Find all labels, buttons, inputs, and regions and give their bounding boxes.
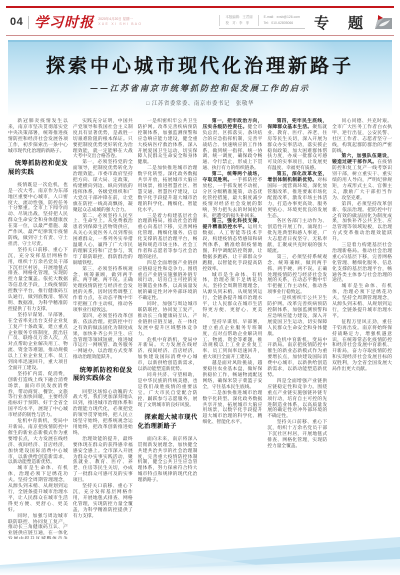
header-info: 本版编辑：王君丽 校 对：李 菲 E-mail：xxsb@126.com Tel… xyxy=(219,15,305,30)
body-paragraph: 二是加快推进城市治理数字化转型。深化政务数据共享开放，拓展城市大脑应用场景，以数… xyxy=(202,390,262,425)
body-paragraph: 危机中育新机，变局中开新局。南京把疫情防控中催生的新业态新模式作为重要增长点，大… xyxy=(8,418,68,465)
top-red-rule xyxy=(6,6,394,8)
paragraph-lead: 第一，把牢政治方向，压实各级防控责任。 xyxy=(202,118,262,129)
body-paragraph: 第二，统筹两个战场，夺取双胜利。一手抓防控不放松，一手抓发展不动摇，分区分级精准… xyxy=(202,171,262,218)
body-paragraph: 实践充分证明，中国共产党领导和我国社会主义制度具有显著优势，是战胜一切艰难险阻的… xyxy=(73,118,133,159)
newspaper-page: 04 学习时报 2020年4月20日 星期一 XUE XI SHI BAO 本版… xyxy=(0,0,400,575)
header-right: 本版编辑：王君丽 校 对：李 菲 E-mail：xxsb@126.com Tel… xyxy=(219,12,392,33)
phone-line: Tel：010-62805066 xyxy=(264,21,294,25)
body-paragraph: 城市是生命体、有机体，治理必须下足绣花功夫。坚持全周期管理理念，从源头到末梢、从… xyxy=(8,465,68,512)
body-paragraph: 同时，加强与周边城市联防联控、协同复工复产，推动长三角健康码互认、产业链供应链互… xyxy=(138,301,198,336)
text-column: 实践充分证明，中国共产党领导和我国社会主义制度具有显著优势，是战胜一切艰难险阻的… xyxy=(73,118,133,539)
masthead-logo-icon xyxy=(375,15,392,29)
body-paragraph: 第四，兜牢民生底线，保障群众基本生活。聚焦就业、教育、医疗、养老、住房等民生关切… xyxy=(267,118,327,171)
body-paragraph: 越是面对风险挑战，越要稳住农业基本盘，做好保供稳价工作，畅通物流配送网络，确保米… xyxy=(202,360,262,390)
column-section-heading: 统筹抓防控和促发展的实践 xyxy=(8,160,68,176)
pinyin-line: XUE XI SHI BAO xyxy=(98,22,142,26)
body-paragraph: 治理效能的提升，最终要体现在群众的获得感幸福感安全感上。全市深入开展为群众办实事… xyxy=(73,436,133,483)
body-paragraph: 各区各部门主动作为、创造性开展工作，涌现出一批先进典型和感人事迹，广大志愿者日夜… xyxy=(267,218,327,253)
text-column: 第一，把牢政治方向，压实各级防控责任。健全市负总责、区抓落实、条块结合的应急指挥… xyxy=(202,118,262,539)
contact-info: E-mail：xxsb@126.com Tel：010-62805066 xyxy=(258,15,305,27)
section-title: 专题 xyxy=(314,12,382,33)
body-paragraph: 第一，必须坚持党的全面领导，把制度优势转化为治理效能。市委市政府坚持把方向、谋大… xyxy=(73,159,133,212)
header-divider xyxy=(28,16,29,29)
paragraph-lead: 第四，兜牢民生底线，保障群众基本生活。 xyxy=(267,118,327,129)
date-line: 2020年4月20日 星期一 xyxy=(98,17,133,21)
body-paragraph: 坚持关口前移、重心下沉，组织十万余名党员干部下沉社区村居，开展地毯式排查、网格化… xyxy=(267,419,327,449)
article-subtitle: ——江苏省南京市统筹抓防控和促发展工作的启示 xyxy=(8,83,392,94)
body-paragraph: 坚持关口前移、重心下沉，充分发挥基层网格作用，开展地毯式排查、网格化管理，实现防… xyxy=(73,483,133,518)
body-paragraph: 同舟共济、守望相助，是中华民族的传统美德，也是我们战胜疫情的重要法宝。广大市民自… xyxy=(138,372,198,407)
body-paragraph: 三是着力构建基层社会治理新格局。推动社会治理重心向基层下移，完善网格化管理、精细… xyxy=(332,242,392,283)
body-paragraph: 第五，深化改革攻坚，增创体制机制新优势。对标国际一流营商环境，深化放管服改革，推… xyxy=(267,171,327,218)
masthead-title: 学习时报 xyxy=(34,12,94,32)
proofreader-line: 校 对：李 菲 xyxy=(225,21,249,25)
body-paragraph: 四是全面增强产业链供应链稳定性和竞争力。围绕重点产业链实施强链补链专项行动，培育… xyxy=(267,378,327,419)
body-paragraph: 第四，必须坚持改革创新、依法治理。把防控中行之有效的做法固化为制度成果，加快补齐… xyxy=(332,201,392,242)
body-paragraph: 回望这场惊心动魄的大战大考，我们更加深刻地认识到，推进城市治理体系和治理能力现代… xyxy=(73,389,133,436)
column-section-heading: 统筹抓防控和促发展的实践体会 xyxy=(73,367,133,383)
masthead-subtext: 2020年4月20日 星期一 XUE XI SHI BAO xyxy=(98,17,142,28)
article-title: 探索中心城市现代化治理新路子 xyxy=(8,51,392,78)
email-line: E-mail：xxsb@126.com xyxy=(264,15,300,19)
paragraph-lead: 第六，加强队伍建设，锻造过硬干部作风。 xyxy=(332,153,392,164)
body-paragraph: 第一，把牢政治方向，压实各级防控责任。健全市负总责、区抓落实、条块结合的应急指挥… xyxy=(202,118,262,171)
body-paragraph: 同时，加强与周边城市联防联控、协同复工复产，推动长三角健康码互认、产业链供应链互… xyxy=(8,513,68,539)
header-bottom-rule xyxy=(6,35,394,36)
body-paragraph: 面向未来，南京将深入贯彻新发展理念，加快健全共建共治共享的社会治理制度，完善重大… xyxy=(138,436,198,483)
body-paragraph: 坚持早谋划、早部署，在全省率先出台支持企业复工复产十条政策，建立重点企业服务专班… xyxy=(8,312,68,371)
column-section-heading: 探索超大城市现代化治理新路子 xyxy=(138,414,198,430)
body-paragraph: 疫情既是一次危机，也是一次大考。南京作为东部地区重要中心城市，人口密度大、流动性… xyxy=(8,182,68,247)
body-paragraph: 一是织密织牢公共卫生防护网。改革完善疾病预防控制体系，加强监测预警和应急响应能力… xyxy=(138,118,198,165)
body-paragraph: 第三，强化科技支撑，提升精准防控水平。运用大数据、人工智能等技术手段，构建疫情态… xyxy=(202,218,262,271)
body-paragraph: 第六，加强队伍建设，锻造过硬干部作风。在疫情防控和复工复产一线考察识别干部，树立… xyxy=(332,153,392,200)
body-paragraph: 城市是生命体、有机体，治理必须下足绣花功夫。坚持全周期管理理念，从源头到末梢、从… xyxy=(332,283,392,318)
text-column: 一是织密织牢公共卫生防护网。改革完善疾病预防控制体系，加强监测预警和应急响应能力… xyxy=(138,118,198,539)
paragraph-lead: 第三，强化科技支撑，提升精准防控水平。 xyxy=(202,218,262,229)
body-paragraph: 第三，必须坚持系统观念、统筹兼顾，做到两手抓、两手硬、两不误。正确处理疫情防控与… xyxy=(267,254,327,295)
body-paragraph: 四是全面增强产业链供应链稳定性和竞争力。围绕重点产业链实施强链补链专项行动，培育… xyxy=(138,260,198,301)
text-column: 新冠肺炎疫情发生以来，南京市坚决贯彻落实党中央决策部署，统筹推进疫情防控和经济社… xyxy=(8,118,68,539)
body-paragraph: 一是织密织牢公共卫生防护网。改革完善疾病预防控制体系，加强监测预警和应急响应能力… xyxy=(267,295,327,336)
paragraph-lead: 第五，深化改革攻坚，增创体制机制新优势。 xyxy=(267,171,327,182)
body-paragraph: 征程万里风正劲，重任千钧再出发。南京将始终保持战略定力，增强机遇意识，在统筹常态… xyxy=(332,319,392,372)
paragraph-lead: 第二，统筹两个战场，夺取双胜利。 xyxy=(202,171,262,182)
body-paragraph: 同心同德、共克时艰。全市广大医务工作者白衣执甲、逆行出征，公安民警、社区工作者、… xyxy=(332,118,392,153)
body-paragraph: 第四，必须坚持改革创新、依法治理。把防控中行之有效的做法固化为制度成果，加快补齐… xyxy=(73,313,133,360)
body-paragraph: 三是着力构建基层社会治理新格局。推动社会治理重心向基层下移，完善网格化管理、精细… xyxy=(138,213,198,260)
text-column: 同心同德、共克时艰。全市广大医务工作者白衣执甲、逆行出征，公安民警、社区工作者、… xyxy=(332,118,392,539)
body-paragraph: 城市是生命体、有机体，治理必须下足绣花功夫。坚持全周期管理理念，从源头到末梢、从… xyxy=(202,272,262,319)
page-number: 04 xyxy=(10,16,23,28)
footer-wave-graphic xyxy=(0,535,400,575)
page-header: 04 学习时报 2020年4月20日 星期一 XUE XI SHI BAO 本版… xyxy=(10,11,392,33)
editor-line: 本版编辑：王君丽 xyxy=(225,15,252,19)
headline-banner: 探索中心城市现代化治理新路子 ——江苏省南京市统筹抓防控和促发展工作的启示 □ … xyxy=(8,40,392,116)
body-paragraph: 危机中育新机，变局中开新局。南京把疫情防控中催生的新业态新模式作为重要增长点，加… xyxy=(267,337,327,378)
text-column: 第四，兜牢民生底线，保障群众基本生活。聚焦就业、教育、医疗、养老、住房等民生关切… xyxy=(267,118,327,539)
body-paragraph: 坚持扩内需、促消费，创新打造线上线下融合消费场景，面向市民发放消费券，带动商贸、… xyxy=(8,371,68,418)
body-paragraph: 坚持早谋划、早部署，建立重点企业服务专班制度，点对点帮助企业解决用工、物流、资金… xyxy=(202,319,262,360)
article-byline: □ 江苏省委常委、南京市委书记 张敬华 xyxy=(8,99,392,107)
body-paragraph: 第三，必须坚持系统观念、统筹兼顾，做到两手抓、两手硬、两不误。正确处理疫情防控与… xyxy=(73,266,133,313)
body-paragraph: 危机中育新机，变局中开新局。大力发展在线经济、夜间经济、首店经济，加快建设国际消… xyxy=(138,337,198,372)
body-paragraph: 坚持关口前移、重心下沉，充分发挥基层网格作用，组织十万余名党员干部下沉社区村居，… xyxy=(8,247,68,312)
article-columns: 新冠肺炎疫情发生以来，南京市坚决贯彻落实党中央决策部署，统筹推进疫情防控和经济社… xyxy=(8,118,392,539)
editor-info: 本版编辑：王君丽 校 对：李 菲 xyxy=(219,15,257,27)
body-paragraph: 二是加快推进城市治理数字化转型。深化政务数据共享开放，拓展城市大脑应用场景，推进… xyxy=(138,165,198,212)
body-paragraph: 新冠肺炎疫情发生以来，南京市坚决贯彻落实党中央决策部署，统筹推进疫情防控和经济社… xyxy=(8,118,68,153)
body-paragraph: 第二，必须坚持人民至上、生命至上。从免费救治患者到保障生活物资供应，从关心关爱医… xyxy=(73,213,133,266)
